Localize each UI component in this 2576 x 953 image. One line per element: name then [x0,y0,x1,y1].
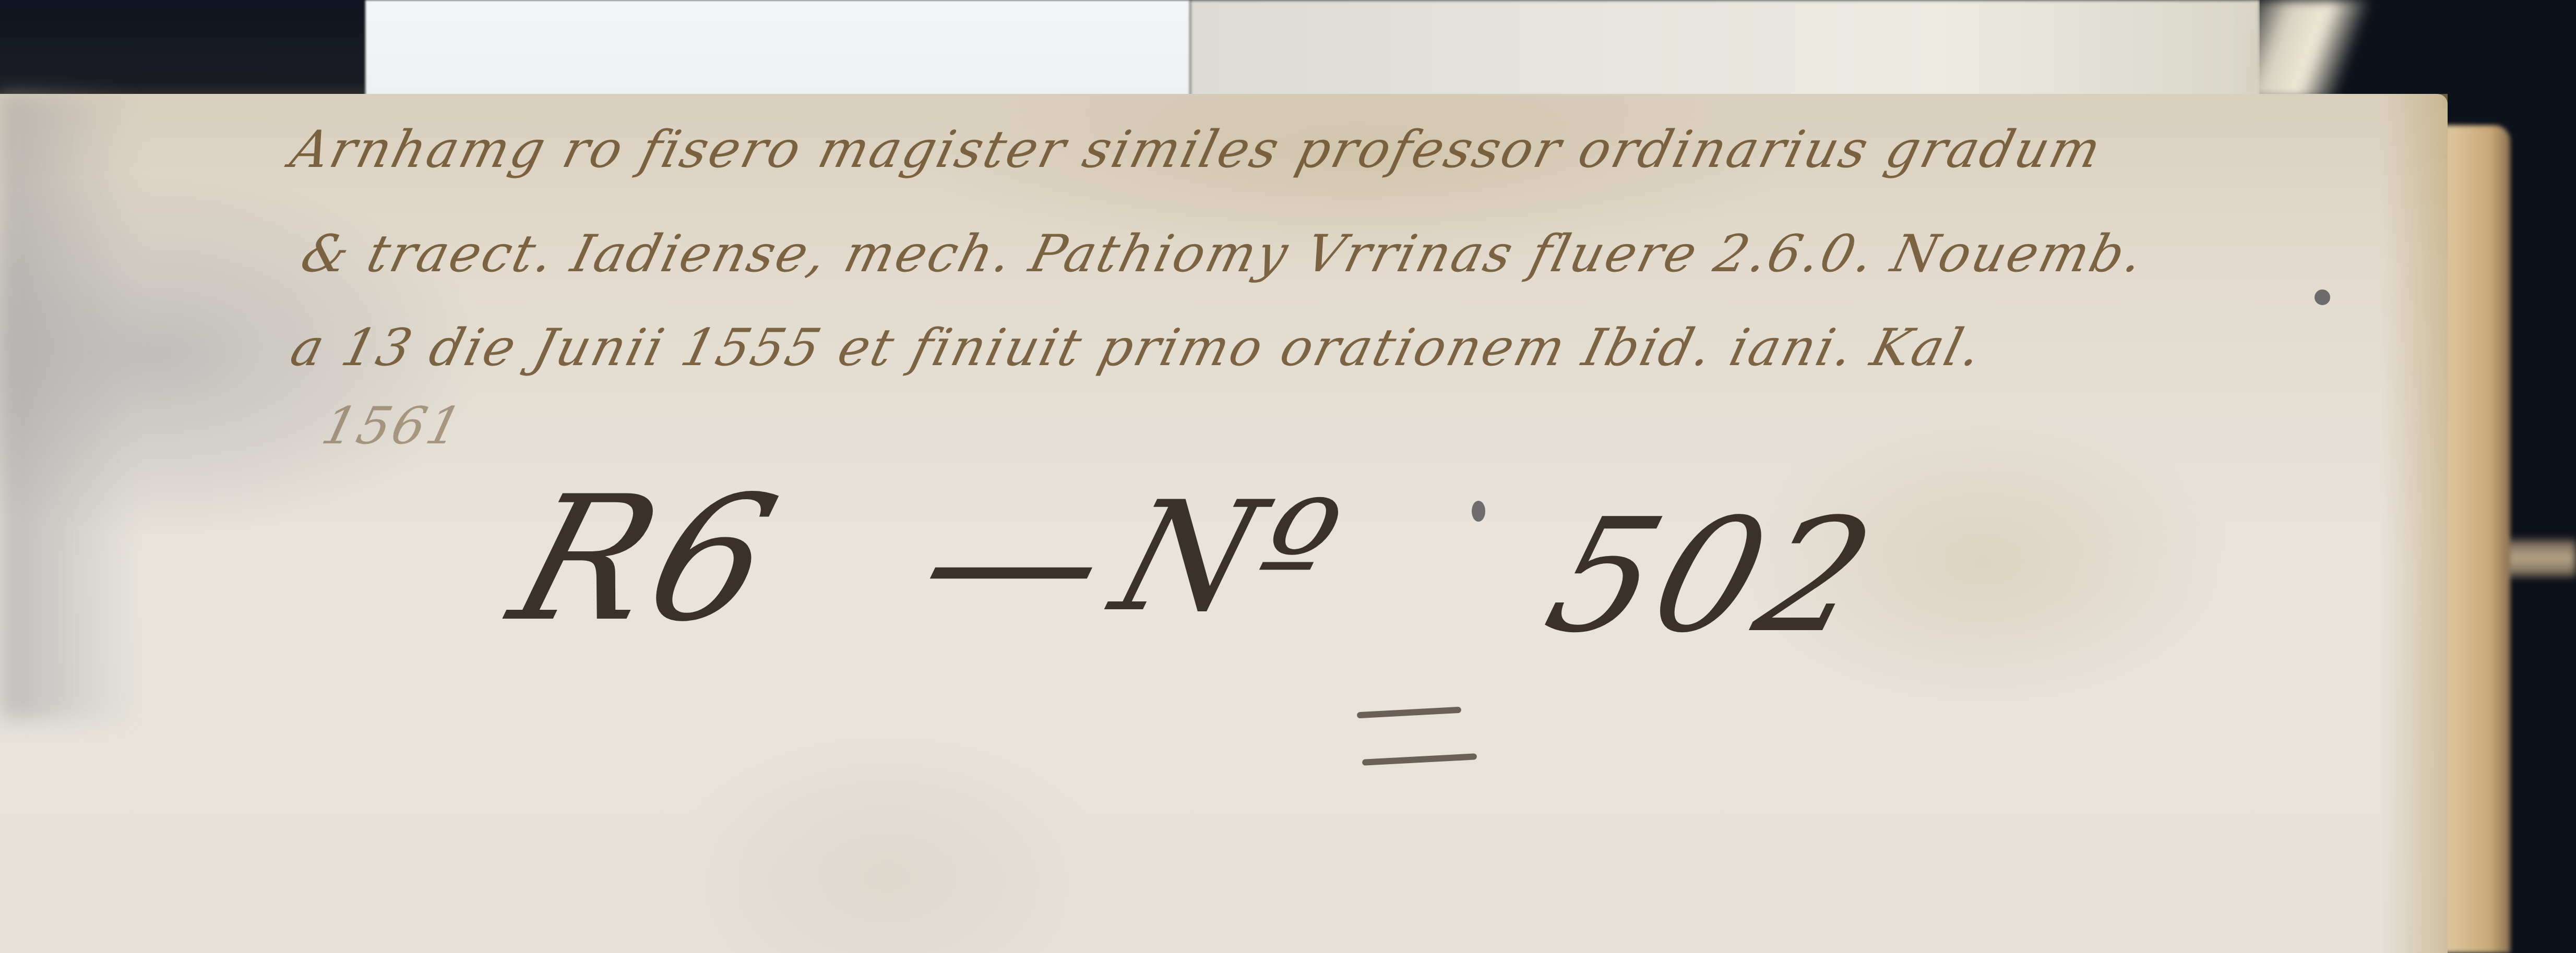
shelfmark-number: 502 [1529,485,1896,667]
cover-fold-shadow [0,94,136,720]
photo-scene: Arnhamg ro fisero magister similes profe… [0,0,2576,953]
ink-spot [2315,289,2330,305]
background-dark-left [0,0,365,104]
background-grey-object [1190,0,2260,99]
inscription-line-1: Arnhamg ro fisero magister similes profe… [285,120,2109,179]
background-strap [2244,0,2369,99]
inscription-line-4: 1561 [316,396,470,456]
ink-spot [1472,501,1485,522]
inscription-line-2: & traect. Iadiense, mech. Pathiomy Vrrin… [295,224,2151,284]
background-white-object [365,0,1190,99]
inscription-line-3: a 13 die Junii 1555 et finiuit primo ora… [285,318,1989,378]
